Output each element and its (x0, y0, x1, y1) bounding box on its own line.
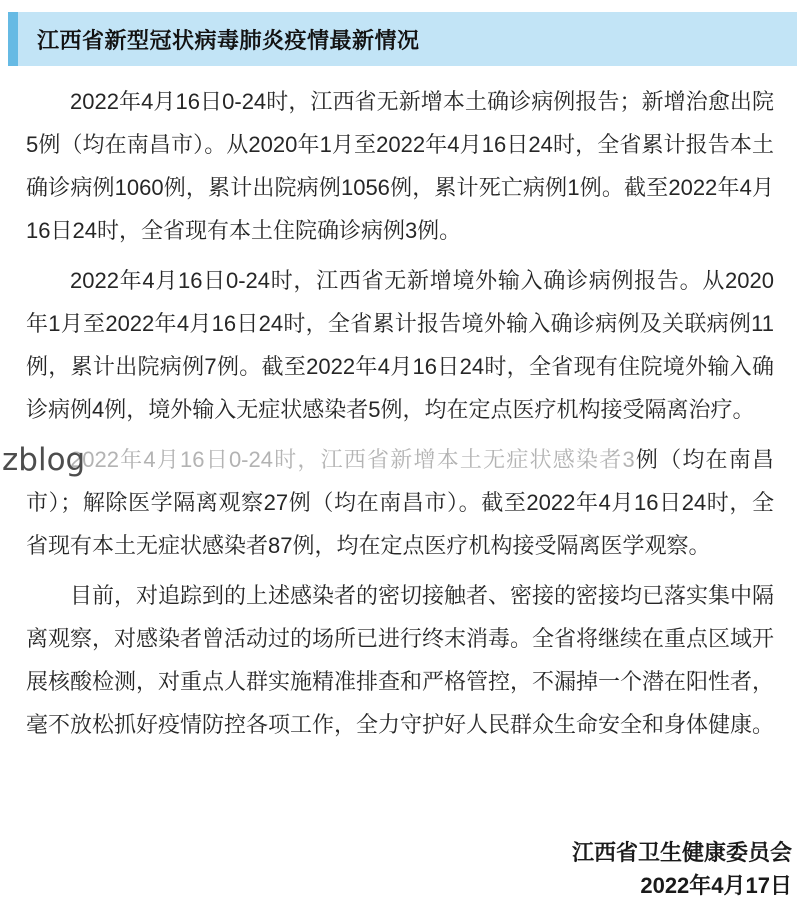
paragraph-imported-cases: 2022年4月16日0-24时，江西省无新增境外输入确诊病例报告。从2020年1… (26, 259, 774, 431)
page-title: 江西省新型冠状病毒肺炎疫情最新情况 (18, 24, 420, 55)
article-body: 2022年4月16日0-24时，江西省无新增本土确诊病例报告；新增治愈出院5例（… (26, 80, 774, 753)
site-watermark: zblog (2, 445, 85, 476)
signature-organization: 江西省卫生健康委员会 (572, 836, 792, 869)
watermark-faded-text: 2022年4月16日0-24时，江西省新增本土无症状感染者3 (70, 447, 635, 472)
signature-date: 2022年4月17日 (572, 869, 792, 902)
signature-block: 江西省卫生健康委员会 2022年4月17日 (572, 836, 792, 902)
announcement-header: 江西省新型冠状病毒肺炎疫情最新情况 (8, 12, 797, 66)
paragraph-asymptomatic-cases: 2022年4月16日0-24时，江西省新增本土无症状感染者3例（均在南昌市）；解… (26, 438, 774, 567)
paragraph-local-cases: 2022年4月16日0-24时，江西省无新增本土确诊病例报告；新增治愈出院5例（… (26, 80, 774, 252)
paragraph-control-measures: 目前，对追踪到的上述感染者的密切接触者、密接的密接均已落实集中隔离观察，对感染者… (26, 574, 774, 746)
